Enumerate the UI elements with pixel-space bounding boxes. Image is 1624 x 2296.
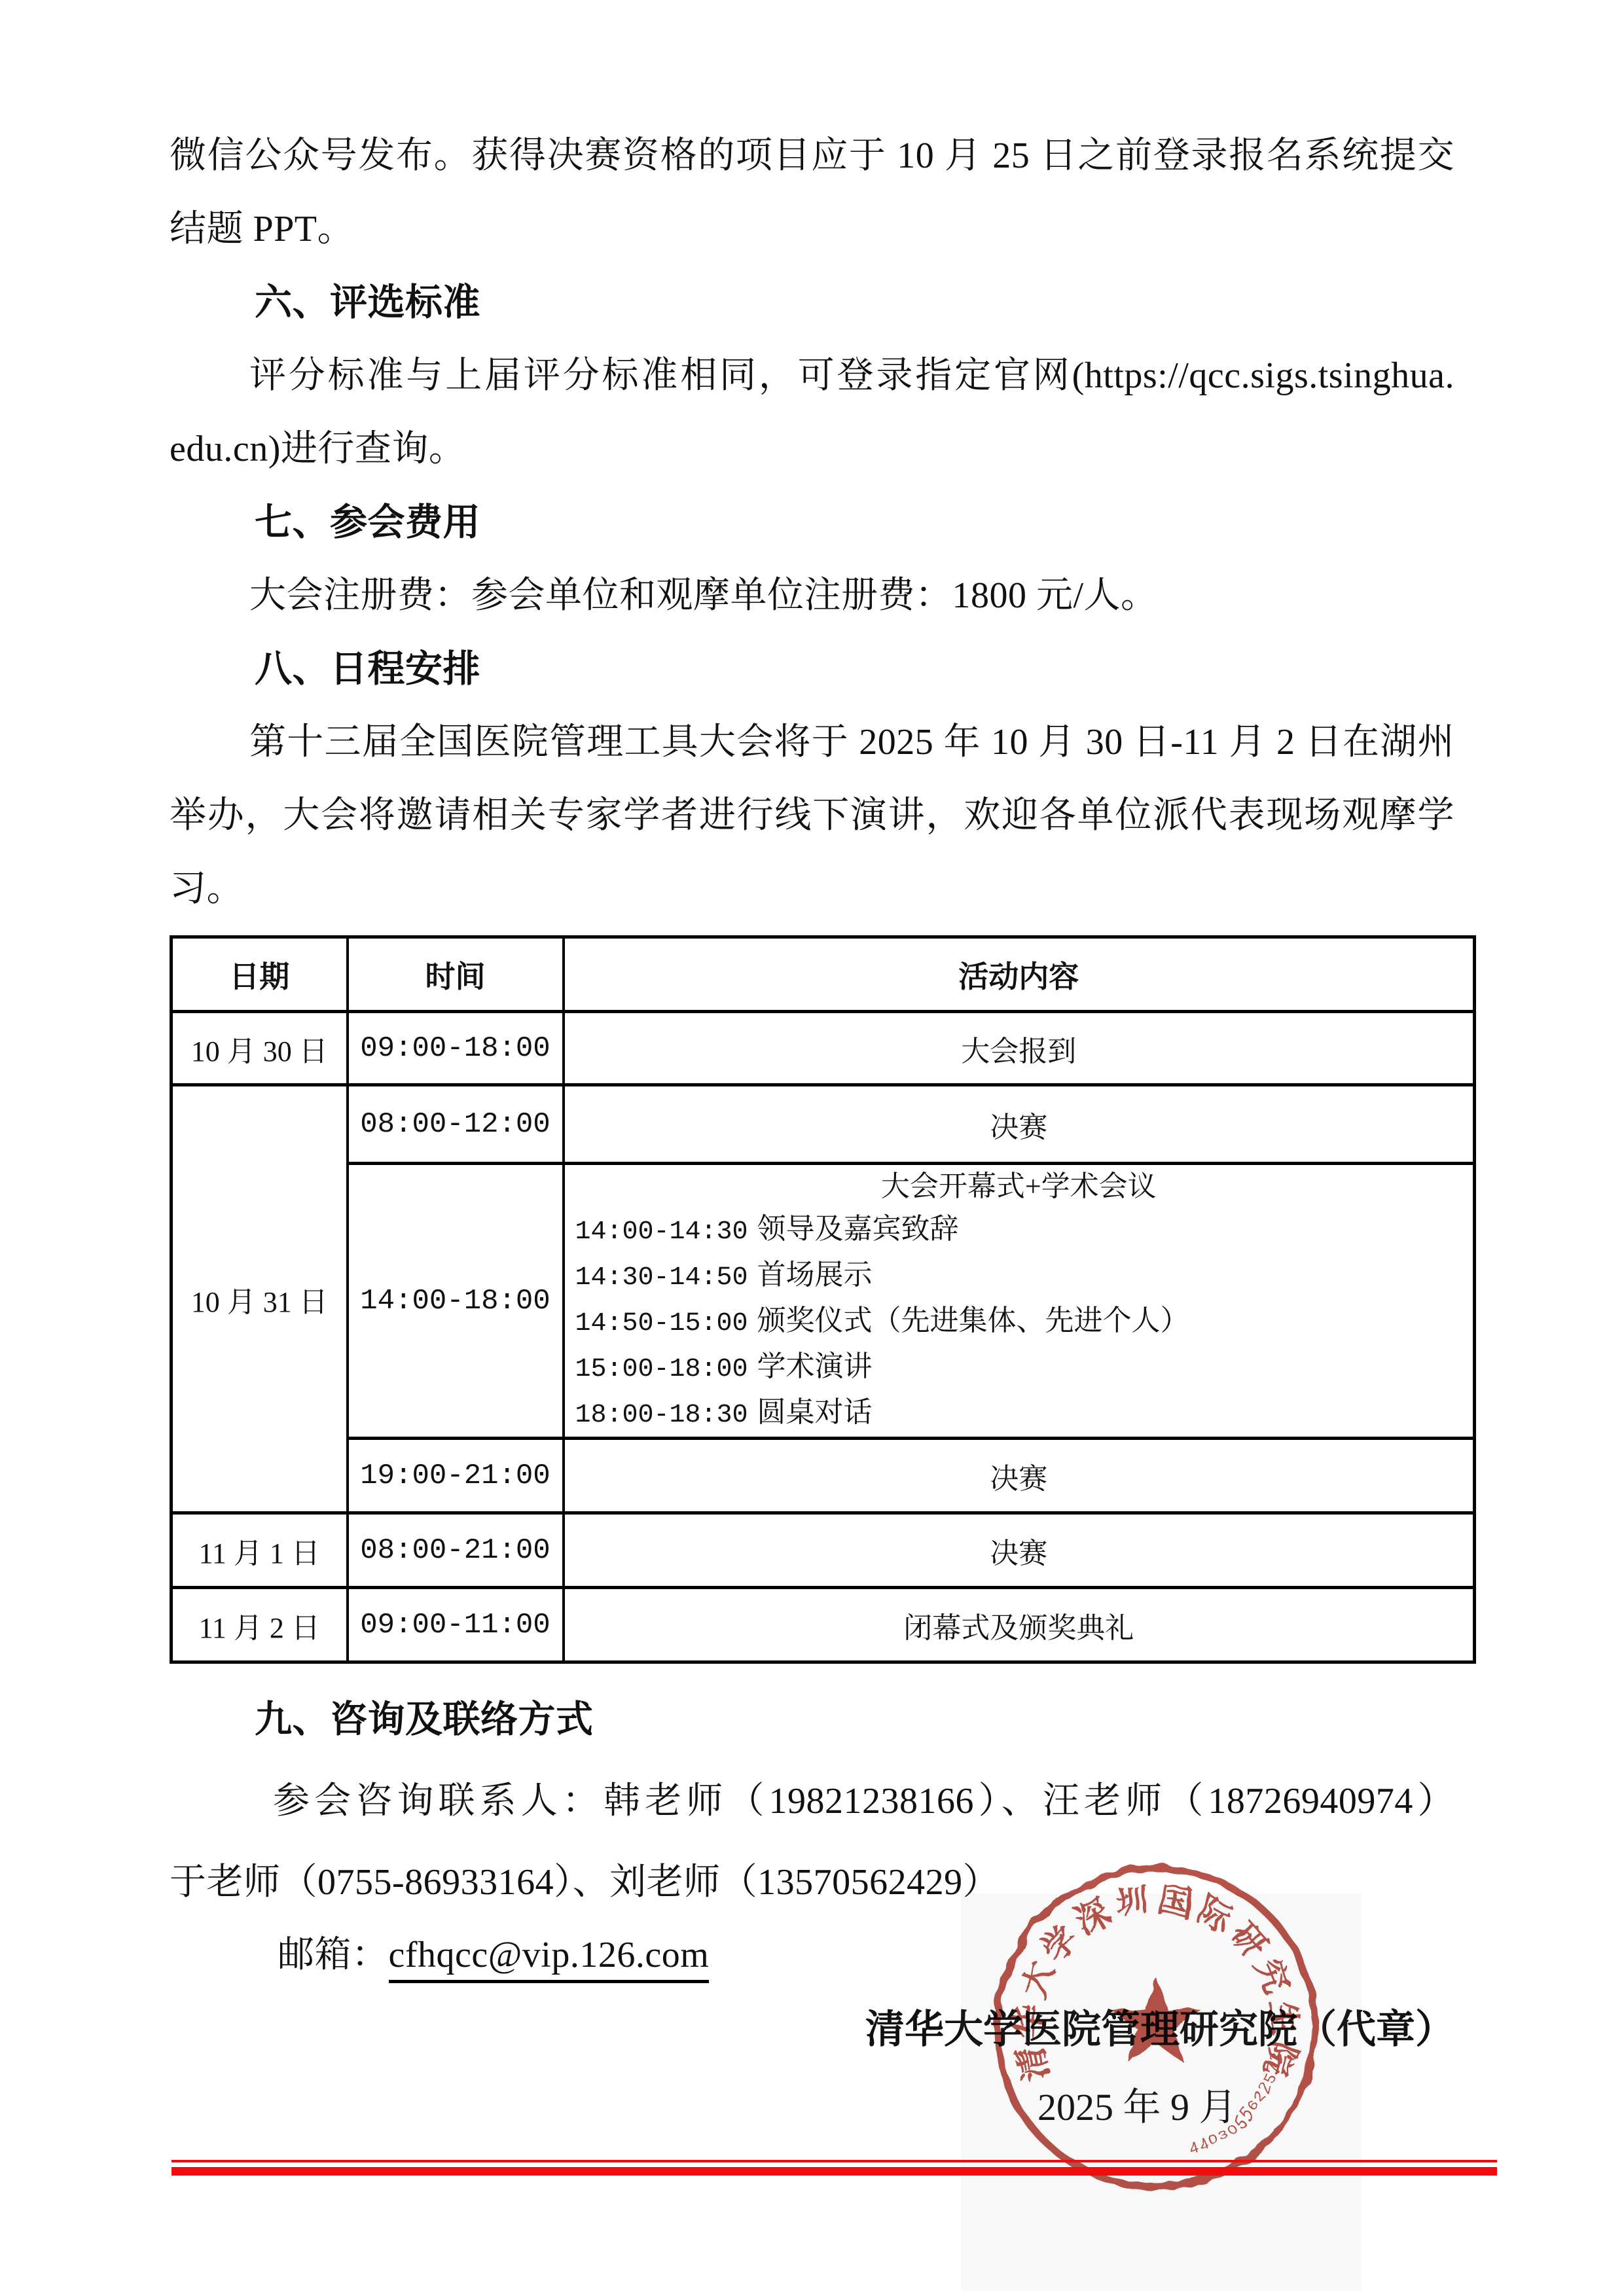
cell-time: 09:00-11:00 xyxy=(348,1588,564,1662)
column-header-content: 活动内容 xyxy=(564,937,1475,1012)
cell-agenda: 大会开幕式+学术会议 14:00-14:30领导及嘉宾致辞 14:30-14:5… xyxy=(564,1164,1475,1439)
cell-time: 08:00-21:00 xyxy=(348,1513,564,1588)
cell-time: 08:00-12:00 xyxy=(348,1085,564,1164)
agenda-item: 14:00-14:30领导及嘉宾致辞 xyxy=(565,1208,1473,1253)
contact-line: 参会咨询联系人：韩老师（19821238166）、汪老师（18726940974… xyxy=(170,1780,1454,1822)
table-row: 10 月 30 日 09:00-18:00 大会报到 xyxy=(171,1012,1475,1085)
body-line: 评分标准与上届评分标准相同，可登录指定官网(https://qcc.sigs.t… xyxy=(170,355,1454,397)
footer-thick-rule xyxy=(171,2167,1497,2176)
cell-content: 决赛 xyxy=(564,1513,1475,1588)
cell-content: 决赛 xyxy=(564,1439,1475,1513)
table-row: 10 月 31 日 08:00-12:00 决赛 xyxy=(171,1085,1475,1164)
agenda-title: 大会开幕式+学术会议 xyxy=(565,1165,1473,1208)
agenda-item: 14:30-14:50首场展示 xyxy=(565,1253,1473,1299)
agenda-item: 15:00-18:00学术演讲 xyxy=(565,1345,1473,1391)
email-label: 邮箱： xyxy=(278,1935,389,1975)
schedule-table: 日期 时间 活动内容 10 月 30 日 09:00-18:00 大会报到 10… xyxy=(170,935,1476,1664)
cell-date: 10 月 31 日 xyxy=(171,1085,348,1513)
cell-date: 10 月 30 日 xyxy=(171,1012,348,1085)
email-address: cfhqcc@vip.126.com xyxy=(389,1935,710,1983)
cell-content: 大会报到 xyxy=(564,1012,1475,1085)
column-header-date: 日期 xyxy=(171,937,348,1012)
table-header-row: 日期 时间 活动内容 xyxy=(171,937,1475,1012)
table-row: 11 月 2 日 09:00-11:00 闭幕式及颁奖典礼 xyxy=(171,1588,1475,1662)
body-line: 习。 xyxy=(170,868,1454,910)
scan-artifact xyxy=(961,1893,1362,2291)
cell-content: 闭幕式及颁奖典礼 xyxy=(564,1588,1475,1662)
agenda-item: 18:00-18:30圆桌对话 xyxy=(565,1391,1473,1437)
body-line: edu.cn)进行查询。 xyxy=(170,428,1454,470)
column-header-time: 时间 xyxy=(348,937,564,1012)
cell-date: 11 月 1 日 xyxy=(171,1513,348,1588)
section-heading-6: 六、评选标准 xyxy=(170,281,1454,323)
cell-content: 决赛 xyxy=(564,1085,1475,1164)
cell-time: 19:00-21:00 xyxy=(348,1439,564,1513)
cell-date: 11 月 2 日 xyxy=(171,1588,348,1662)
footer-thin-rule xyxy=(171,2160,1497,2162)
body-line: 第十三届全国医院管理工具大会将于 2025 年 10 月 30 日-11 月 2… xyxy=(170,721,1454,763)
body-line: 举办，大会将邀请相关专家学者进行线下演讲，欢迎各单位派代表现场观摩学 xyxy=(170,795,1454,836)
body-line: 结题 PPT。 xyxy=(170,208,1454,250)
section-heading-9: 九、咨询及联络方式 xyxy=(170,1698,1454,1740)
cell-time: 14:00-18:00 xyxy=(348,1164,564,1439)
table-row: 11 月 1 日 08:00-21:00 决赛 xyxy=(171,1513,1475,1588)
table-row: 14:00-18:00 大会开幕式+学术会议 14:00-14:30领导及嘉宾致… xyxy=(171,1164,1475,1439)
section-heading-8: 八、日程安排 xyxy=(170,648,1454,690)
document-page: 微信公众号发布。获得决赛资格的项目应于 10 月 25 日之前登录报名系统提交 … xyxy=(0,0,1624,2296)
agenda-item: 14:50-15:00颁奖仪式（先进集体、先进个人） xyxy=(565,1299,1473,1345)
body-line: 大会注册费：参会单位和观摩单位注册费：1800 元/人。 xyxy=(170,575,1454,617)
cell-time: 09:00-18:00 xyxy=(348,1012,564,1085)
section-heading-7: 七、参会费用 xyxy=(170,501,1454,543)
body-line: 微信公众号发布。获得决赛资格的项目应于 10 月 25 日之前登录报名系统提交 xyxy=(170,135,1454,177)
table-row: 19:00-21:00 决赛 xyxy=(171,1439,1475,1513)
